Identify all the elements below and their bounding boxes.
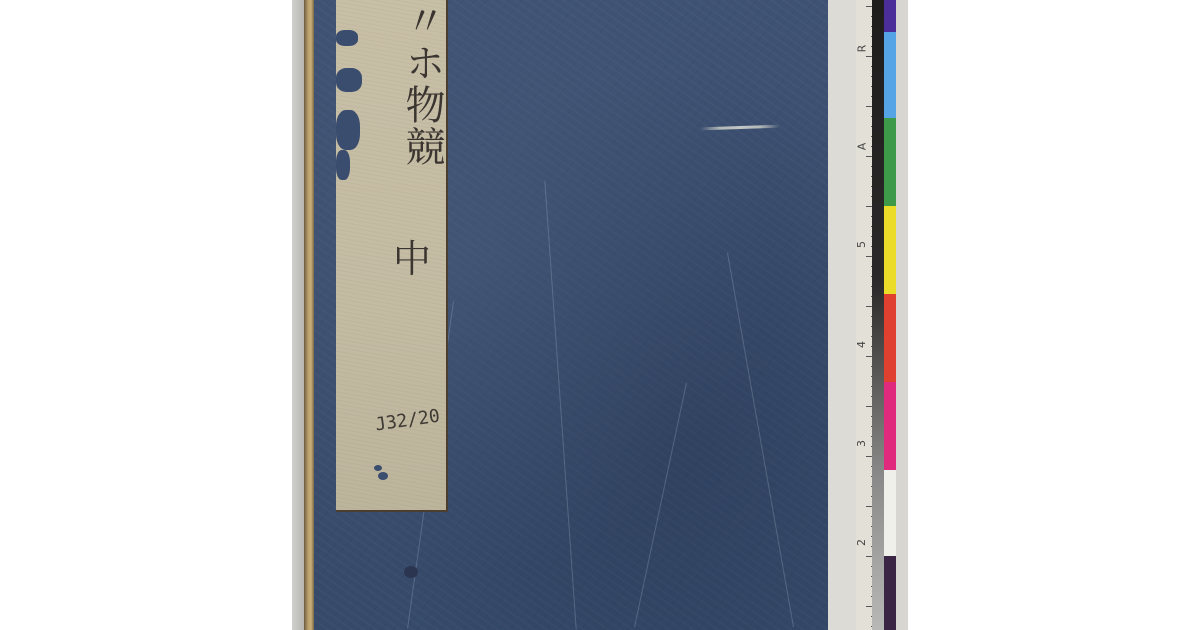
color-patch-dark-purple <box>884 556 896 630</box>
ink-spot <box>404 566 418 578</box>
page-edge <box>292 0 304 630</box>
title-calligraphy: 〃ホ物競 <box>362 0 442 168</box>
label-tear <box>336 110 360 150</box>
ink-spot <box>378 472 388 480</box>
label-tear <box>336 68 362 92</box>
ruler-label: R <box>855 45 868 53</box>
ink-spot <box>374 465 382 471</box>
ruler-label: 5 <box>855 241 868 248</box>
color-patch-light-blue <box>884 32 896 118</box>
color-patch-purple <box>884 0 896 32</box>
scan-margin <box>828 0 858 630</box>
ruler-label: 3 <box>855 440 868 447</box>
label-tear <box>336 30 358 46</box>
ruler-label: A <box>855 143 868 151</box>
color-patch-red <box>884 294 896 382</box>
color-patch-yellow <box>884 206 896 294</box>
color-patch-green <box>884 118 896 206</box>
color-patch-magenta <box>884 382 896 470</box>
greyscale-strip <box>872 0 884 630</box>
spine-binding-strip <box>304 0 314 630</box>
ruler-label: 2 <box>855 539 868 546</box>
scan-right-margin <box>896 0 908 630</box>
color-patch-white <box>884 470 896 556</box>
volume-mark: 中 <box>393 228 431 283</box>
label-tear <box>336 150 350 180</box>
ruler-label: 4 <box>855 341 868 348</box>
